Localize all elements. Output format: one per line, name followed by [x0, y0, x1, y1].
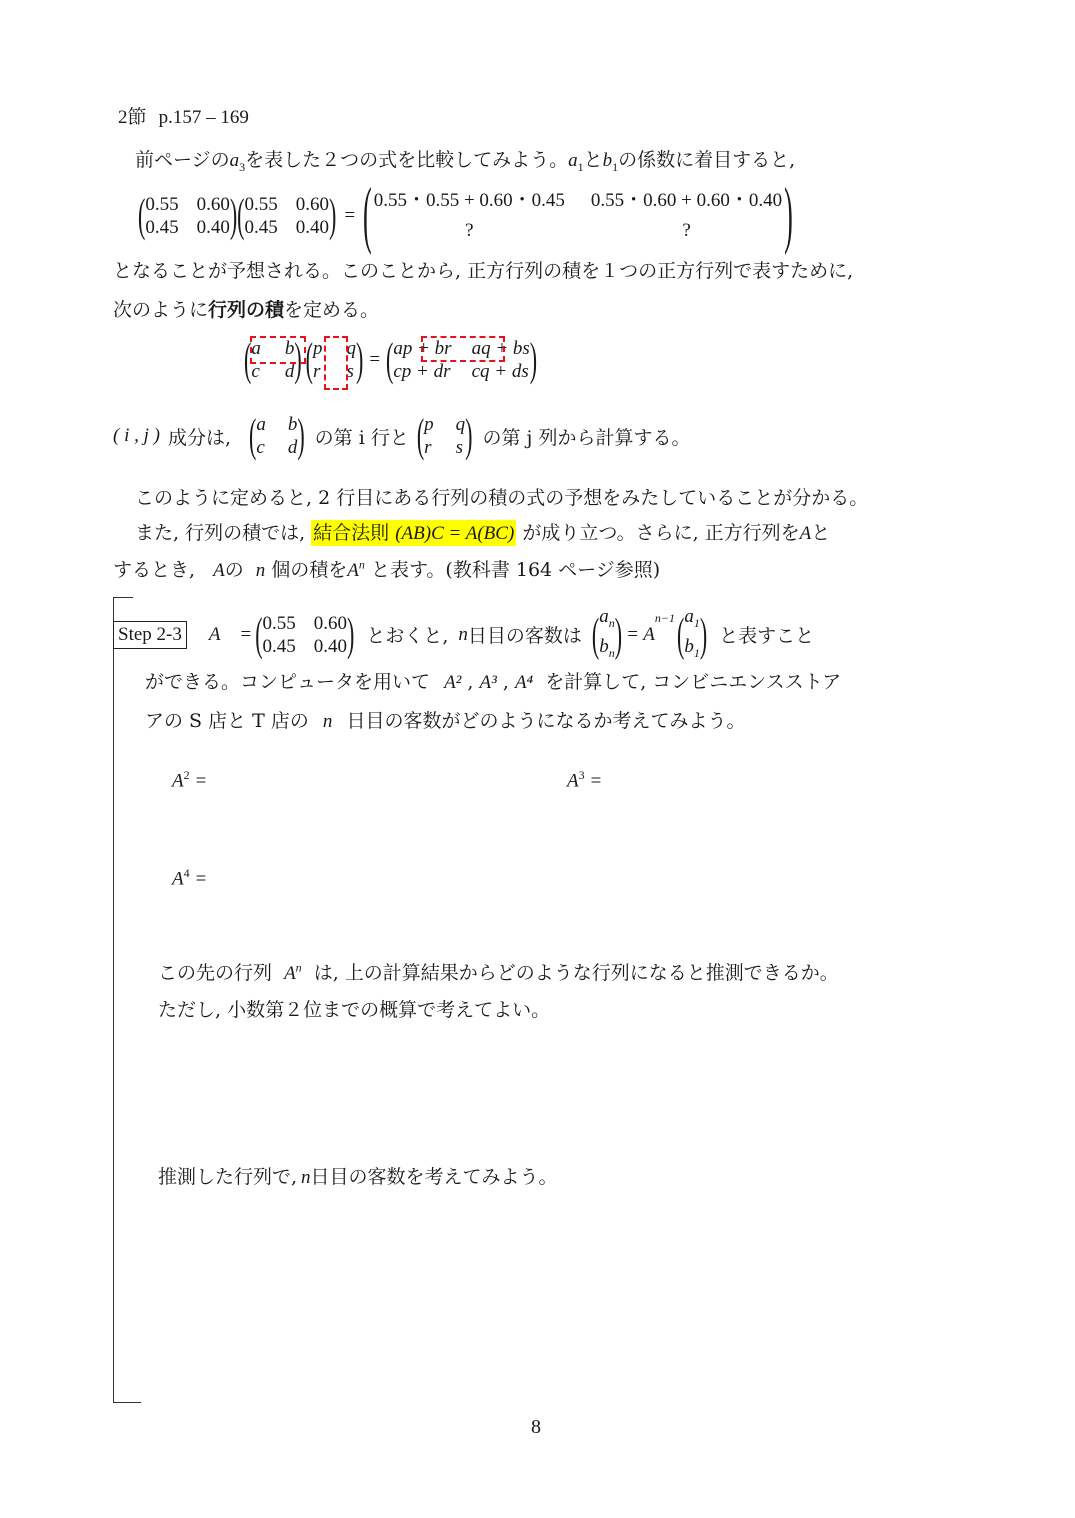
text: 成分は,: [168, 423, 231, 450]
question-note: ただし, 小数第２位までの概算で考えてよい。: [158, 995, 550, 1022]
vector-cells: an bn: [599, 605, 615, 665]
var-A: A: [213, 560, 225, 581]
cell: r: [313, 360, 323, 383]
equals-sign: =: [196, 770, 207, 791]
text: は, 上の計算結果からどのような行列になると推測できるか。: [314, 962, 839, 984]
step-instruction-line3: アの S 店と T 店の n 日目の客数がどのようになるか考えてみよう。: [145, 706, 745, 733]
text: を表した２つの式を比較してみよう。: [245, 149, 568, 171]
equals-sign: =: [369, 349, 380, 371]
cell-unknown: ?: [591, 216, 782, 246]
matrix-cells: ab cd: [256, 413, 297, 459]
page-number: 8: [531, 1416, 541, 1439]
power-A2: A²: [444, 672, 461, 693]
section-header: 2節 p.157 – 169: [118, 102, 249, 129]
text: 前ページの: [135, 149, 230, 171]
highlight-column-box: [324, 336, 348, 390]
sup: n: [359, 558, 365, 572]
equals-A: = A: [626, 624, 655, 646]
sup: 4: [184, 866, 190, 880]
cell: 0.45: [244, 216, 277, 239]
paragraph-associative-law: また, 行列の積では, 結合法則 (AB)C = A(BC) が成り立つ。さらに…: [135, 518, 830, 545]
paren-close: ): [230, 168, 237, 265]
vector-cells: a1 b1: [684, 605, 700, 665]
power: n−1: [655, 611, 675, 626]
sup: 2: [184, 768, 190, 782]
paren-close: ): [356, 312, 363, 409]
answer-A2: A2 =: [172, 768, 206, 792]
cell: q: [456, 413, 466, 436]
cell: 0.45: [145, 216, 178, 239]
cell: cq + ds: [472, 360, 530, 383]
cell: p: [424, 413, 434, 436]
var-a1: a: [568, 150, 578, 171]
var-n: n: [323, 711, 333, 732]
text: の係数に着目すると,: [618, 149, 795, 171]
section-label: 2節: [118, 107, 147, 128]
power-A4: A⁴: [515, 672, 533, 693]
text: と表すこと: [719, 621, 814, 648]
matrix-pq: ( pq rs ): [417, 413, 473, 459]
text: とおくと,: [366, 621, 448, 648]
var-A: A: [567, 770, 579, 791]
text: と: [811, 522, 830, 544]
step-definition: Step 2-3 A = ( 0.550.60 0.450.40 ) とおくと,…: [113, 605, 814, 665]
paren-open: (: [386, 312, 393, 409]
sup: n: [296, 961, 302, 975]
cell: 0.40: [296, 216, 329, 239]
paragraph-ij-rule: ( i , j ) 成分は, ( ab cd ) の第 i 行と ( pq rs…: [113, 413, 690, 459]
cell: b: [288, 413, 298, 436]
cell: d: [288, 436, 298, 459]
cell: 0.40: [314, 635, 347, 658]
highlight-term: 結合法則: [313, 522, 389, 544]
cell: 0.55: [263, 612, 296, 635]
cell: 0.40: [197, 216, 230, 239]
text: の第 i 行と: [315, 423, 409, 450]
power-A3: A³: [480, 672, 497, 693]
text: するとき,: [113, 559, 195, 581]
ij-label: ( i , j ): [113, 425, 160, 447]
equals-sign: =: [240, 624, 251, 646]
matrix-cells: 0.55・0.55 + 0.60・0.450.55・0.60 + 0.60・0.…: [372, 186, 784, 246]
matrix-left: ( 0.550.60 0.450.40 ): [138, 193, 237, 239]
cell: 0.55: [145, 193, 178, 216]
vector-an-bn: ( an bn ): [592, 605, 622, 665]
cell: s: [456, 436, 466, 459]
cell: 0.45: [263, 635, 296, 658]
question-An: この先の行列 An は, 上の計算結果からどのような行列になると推測できるか。: [158, 958, 839, 985]
paren-open: (: [417, 388, 424, 485]
step-bracket-line: [113, 598, 114, 1403]
text: を計算して, コンビニエンスストア: [545, 671, 841, 693]
matrix-cells: pq rs: [424, 413, 465, 459]
associative-law-highlight: 結合法則 (AB)C = A(BC): [311, 520, 516, 546]
cell: 0.60: [296, 193, 329, 216]
var-A: A: [209, 624, 221, 646]
question-nth-day: 推測した行列で,n日目の客数を考えてみよう。: [158, 1162, 558, 1189]
paren-open: (: [237, 168, 244, 265]
cell: a1: [684, 605, 700, 635]
var: b: [684, 636, 694, 657]
text: 日目の客数を考えてみよう。: [311, 1166, 558, 1188]
cell: 0.55・0.60 + 0.60・0.40: [591, 186, 782, 216]
var-n: n: [256, 560, 266, 581]
text: 日目の客数は: [468, 621, 582, 648]
cell: an: [599, 605, 615, 635]
cell: p: [313, 337, 323, 360]
var-A: A: [800, 523, 812, 544]
page-range: p.157 – 169: [159, 107, 249, 128]
matrix-A: ( 0.550.60 0.450.40 ): [255, 612, 354, 658]
equals-sign: =: [344, 205, 355, 227]
text: 日目の客数がどのようになるか考えてみよう。: [346, 710, 745, 732]
paragraph-definition: となることが予想される。このことから, 正方行列の積を１つの正方行列で表すために…: [113, 256, 853, 283]
paren-open: (: [306, 312, 313, 409]
text: と: [584, 149, 603, 171]
step-instruction-line2: ができる。コンピュータを用いて A² , A³ , A⁴ を計算して, コンビニ…: [145, 667, 841, 694]
text: の: [225, 559, 244, 581]
paren-open: (: [138, 168, 145, 265]
cell: 0.60: [314, 612, 347, 635]
answer-A3: A3 =: [567, 768, 601, 792]
paren-close: ): [297, 388, 304, 485]
highlight-row-box: [250, 336, 306, 364]
text: アの S 店と T 店の: [145, 710, 309, 732]
associative-formula: (AB)C = A(BC): [395, 523, 514, 544]
cell: cp + dr: [393, 360, 451, 383]
text: また, 行列の積では,: [135, 522, 305, 544]
matrix-cells: 0.550.60 0.450.40: [145, 193, 230, 239]
sup: 3: [579, 768, 585, 782]
paren-close: ): [530, 312, 537, 409]
equals-sign: =: [591, 770, 602, 791]
text: 推測した行列で,: [158, 1166, 297, 1188]
highlight-entry-box: [421, 336, 505, 362]
paragraph-confirmation: このように定めると, 2 行目にある行列の積の式の予想をみたしていることが分かる…: [135, 483, 868, 510]
cell: 0.55・0.55 + 0.60・0.45: [374, 186, 565, 216]
text: ができる。コンピュータを用いて: [145, 671, 430, 693]
step-label: Step 2-3: [113, 621, 187, 649]
step-bracket-top: [113, 597, 133, 598]
text: 次のように: [113, 299, 208, 321]
text: この先の行列: [158, 962, 272, 984]
var-A: A: [284, 963, 296, 984]
var-A: A: [172, 868, 184, 889]
cell: 0.60: [197, 193, 230, 216]
var-A: A: [172, 770, 184, 791]
cell-unknown: ?: [374, 216, 565, 246]
matrix-cells: 0.550.60 0.450.40: [244, 193, 329, 239]
var-A: A: [347, 560, 359, 581]
cell: bn: [599, 635, 615, 665]
paren-close: ): [329, 168, 336, 265]
matrix-right: ( 0.550.60 0.450.40 ): [237, 193, 336, 239]
cell: b1: [684, 635, 700, 665]
paren-close: ): [465, 388, 472, 485]
equation-product-numeric: ( 0.550.60 0.450.40 ) ( 0.550.60 0.450.4…: [138, 186, 793, 246]
var: a: [684, 606, 694, 627]
cell: 0.55: [244, 193, 277, 216]
var-b1: b: [603, 150, 613, 171]
equals-sign: =: [196, 868, 207, 889]
cell: a: [256, 413, 266, 436]
paragraph-power-notation: するとき, Aの n個の積をAn と表す。(教科書 164 ページ参照): [113, 555, 660, 582]
vector-a1-b1: ( a1 b1 ): [677, 605, 707, 665]
var: a: [599, 606, 609, 627]
text: が成り立つ。さらに, 正方行列を: [522, 522, 799, 544]
matrix-cells: 0.550.60 0.450.40: [263, 612, 348, 658]
cell: c: [256, 436, 266, 459]
var: b: [599, 636, 609, 657]
text: 個の積を: [271, 559, 347, 581]
text: の第 j 列から計算する。: [482, 423, 690, 450]
var-n: n: [458, 624, 468, 646]
matrix-ab: ( ab cd ): [249, 413, 305, 459]
matrix-result: ( 0.55・0.55 + 0.60・0.450.55・0.60 + 0.60・…: [363, 186, 793, 246]
paren-open: (: [249, 388, 256, 485]
step-bracket-bottom: [113, 1402, 141, 1403]
answer-A4: A4 =: [172, 866, 206, 890]
cell: r: [424, 436, 434, 459]
var-n: n: [301, 1167, 311, 1188]
